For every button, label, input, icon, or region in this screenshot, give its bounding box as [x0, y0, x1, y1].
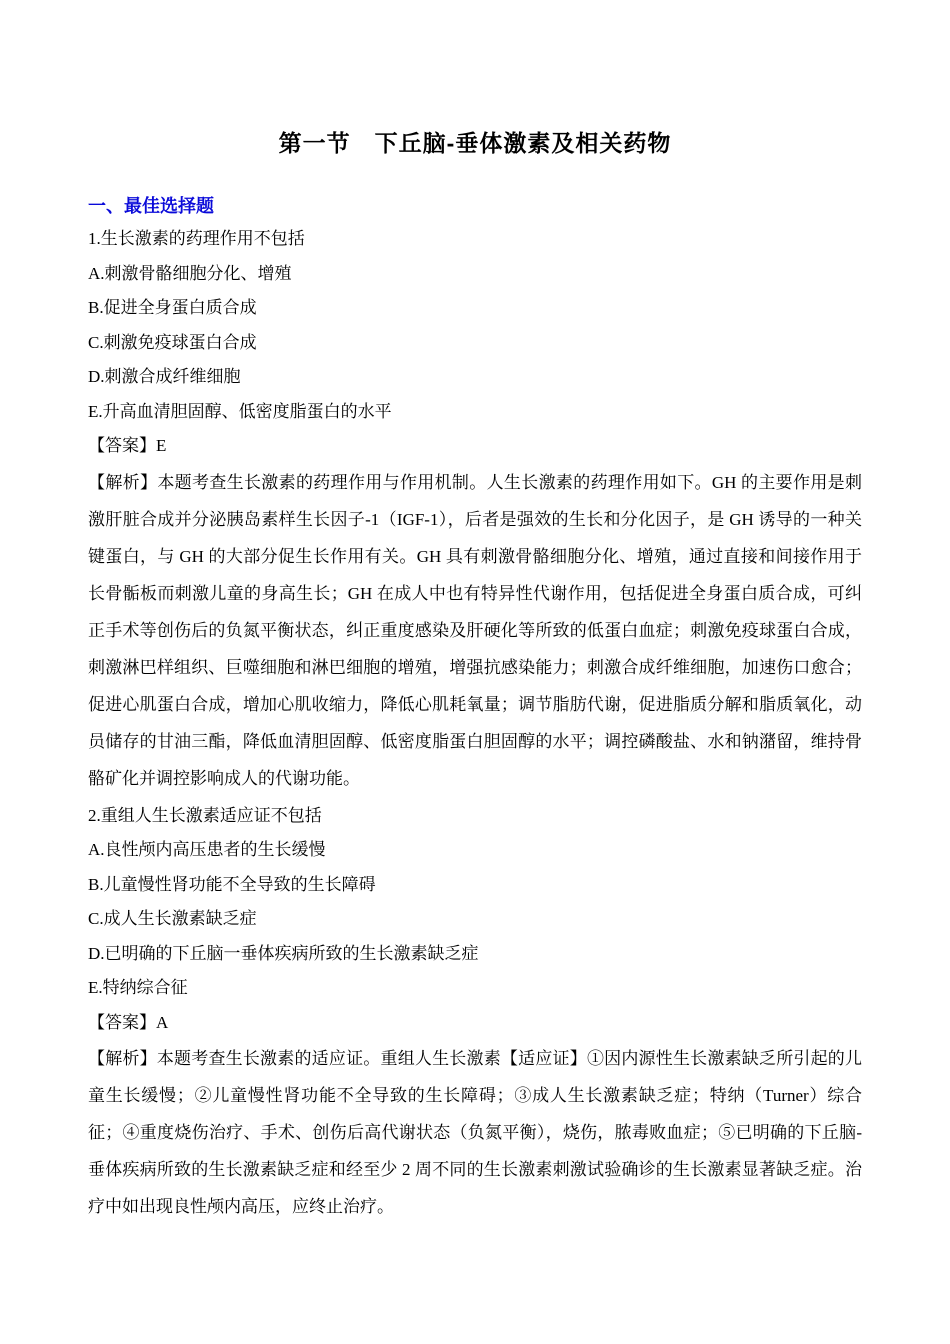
section-heading: 一、最佳选择题	[88, 194, 862, 218]
question-2-option-c: C.成人生长激素缺乏症	[88, 902, 862, 937]
question-1-option-e: E.升高血清胆固醇、低密度脂蛋白的水平	[88, 395, 862, 430]
question-1-analysis: 【解析】本题考查生长激素的药理作用与作用机制。人生长激素的药理作用如下。GH 的…	[88, 464, 862, 797]
question-1-analysis-label: 【解析】	[88, 473, 157, 492]
question-2-stem: 2.重组人生长激素适应证不包括	[88, 799, 862, 834]
question-2-answer-label: 【答案】	[88, 1013, 156, 1032]
question-2-analysis-label: 【解析】	[88, 1049, 157, 1068]
question-2-answer-value: A	[156, 1013, 168, 1032]
document-page: 第一节 下丘脑-垂体激素及相关药物 一、最佳选择题 1.生长激素的药理作用不包括…	[0, 0, 950, 1344]
document-content: 第一节 下丘脑-垂体激素及相关药物 一、最佳选择题 1.生长激素的药理作用不包括…	[0, 0, 950, 1225]
question-1-analysis-text: 本题考查生长激素的药理作用与作用机制。人生长激素的药理作用如下。GH 的主要作用…	[88, 473, 862, 788]
question-1-answer-value: E	[156, 436, 166, 455]
question-2-analysis-text: 本题考查生长激素的适应证。重组人生长激素【适应证】①因内源性生长激素缺乏所引起的…	[88, 1049, 862, 1216]
question-1-answer-line: 【答案】E	[88, 429, 862, 464]
question-2-option-b: B.儿童慢性肾功能不全导致的生长障碍	[88, 868, 862, 903]
question-2-option-e: E.特纳综合征	[88, 971, 862, 1006]
question-2-answer-line: 【答案】A	[88, 1006, 862, 1041]
question-2-analysis: 【解析】本题考查生长激素的适应证。重组人生长激素【适应证】①因内源性生长激素缺乏…	[88, 1040, 862, 1225]
question-block-1: 1.生长激素的药理作用不包括 A.刺激骨骼细胞分化、增殖 B.促进全身蛋白质合成…	[88, 222, 862, 797]
question-1-option-c: C.刺激免疫球蛋白合成	[88, 326, 862, 361]
question-1-answer-label: 【答案】	[88, 436, 156, 455]
question-1-stem: 1.生长激素的药理作用不包括	[88, 222, 862, 257]
question-2-option-a: A.良性颅内高压患者的生长缓慢	[88, 833, 862, 868]
page-title: 第一节 下丘脑-垂体激素及相关药物	[88, 0, 862, 158]
question-1-option-d: D.刺激合成纤维细胞	[88, 360, 862, 395]
question-block-2: 2.重组人生长激素适应证不包括 A.良性颅内高压患者的生长缓慢 B.儿童慢性肾功…	[88, 799, 862, 1226]
question-2-option-d: D.已明确的下丘脑一垂体疾病所致的生长激素缺乏症	[88, 937, 862, 972]
question-1-option-b: B.促进全身蛋白质合成	[88, 291, 862, 326]
question-1-option-a: A.刺激骨骼细胞分化、增殖	[88, 257, 862, 292]
